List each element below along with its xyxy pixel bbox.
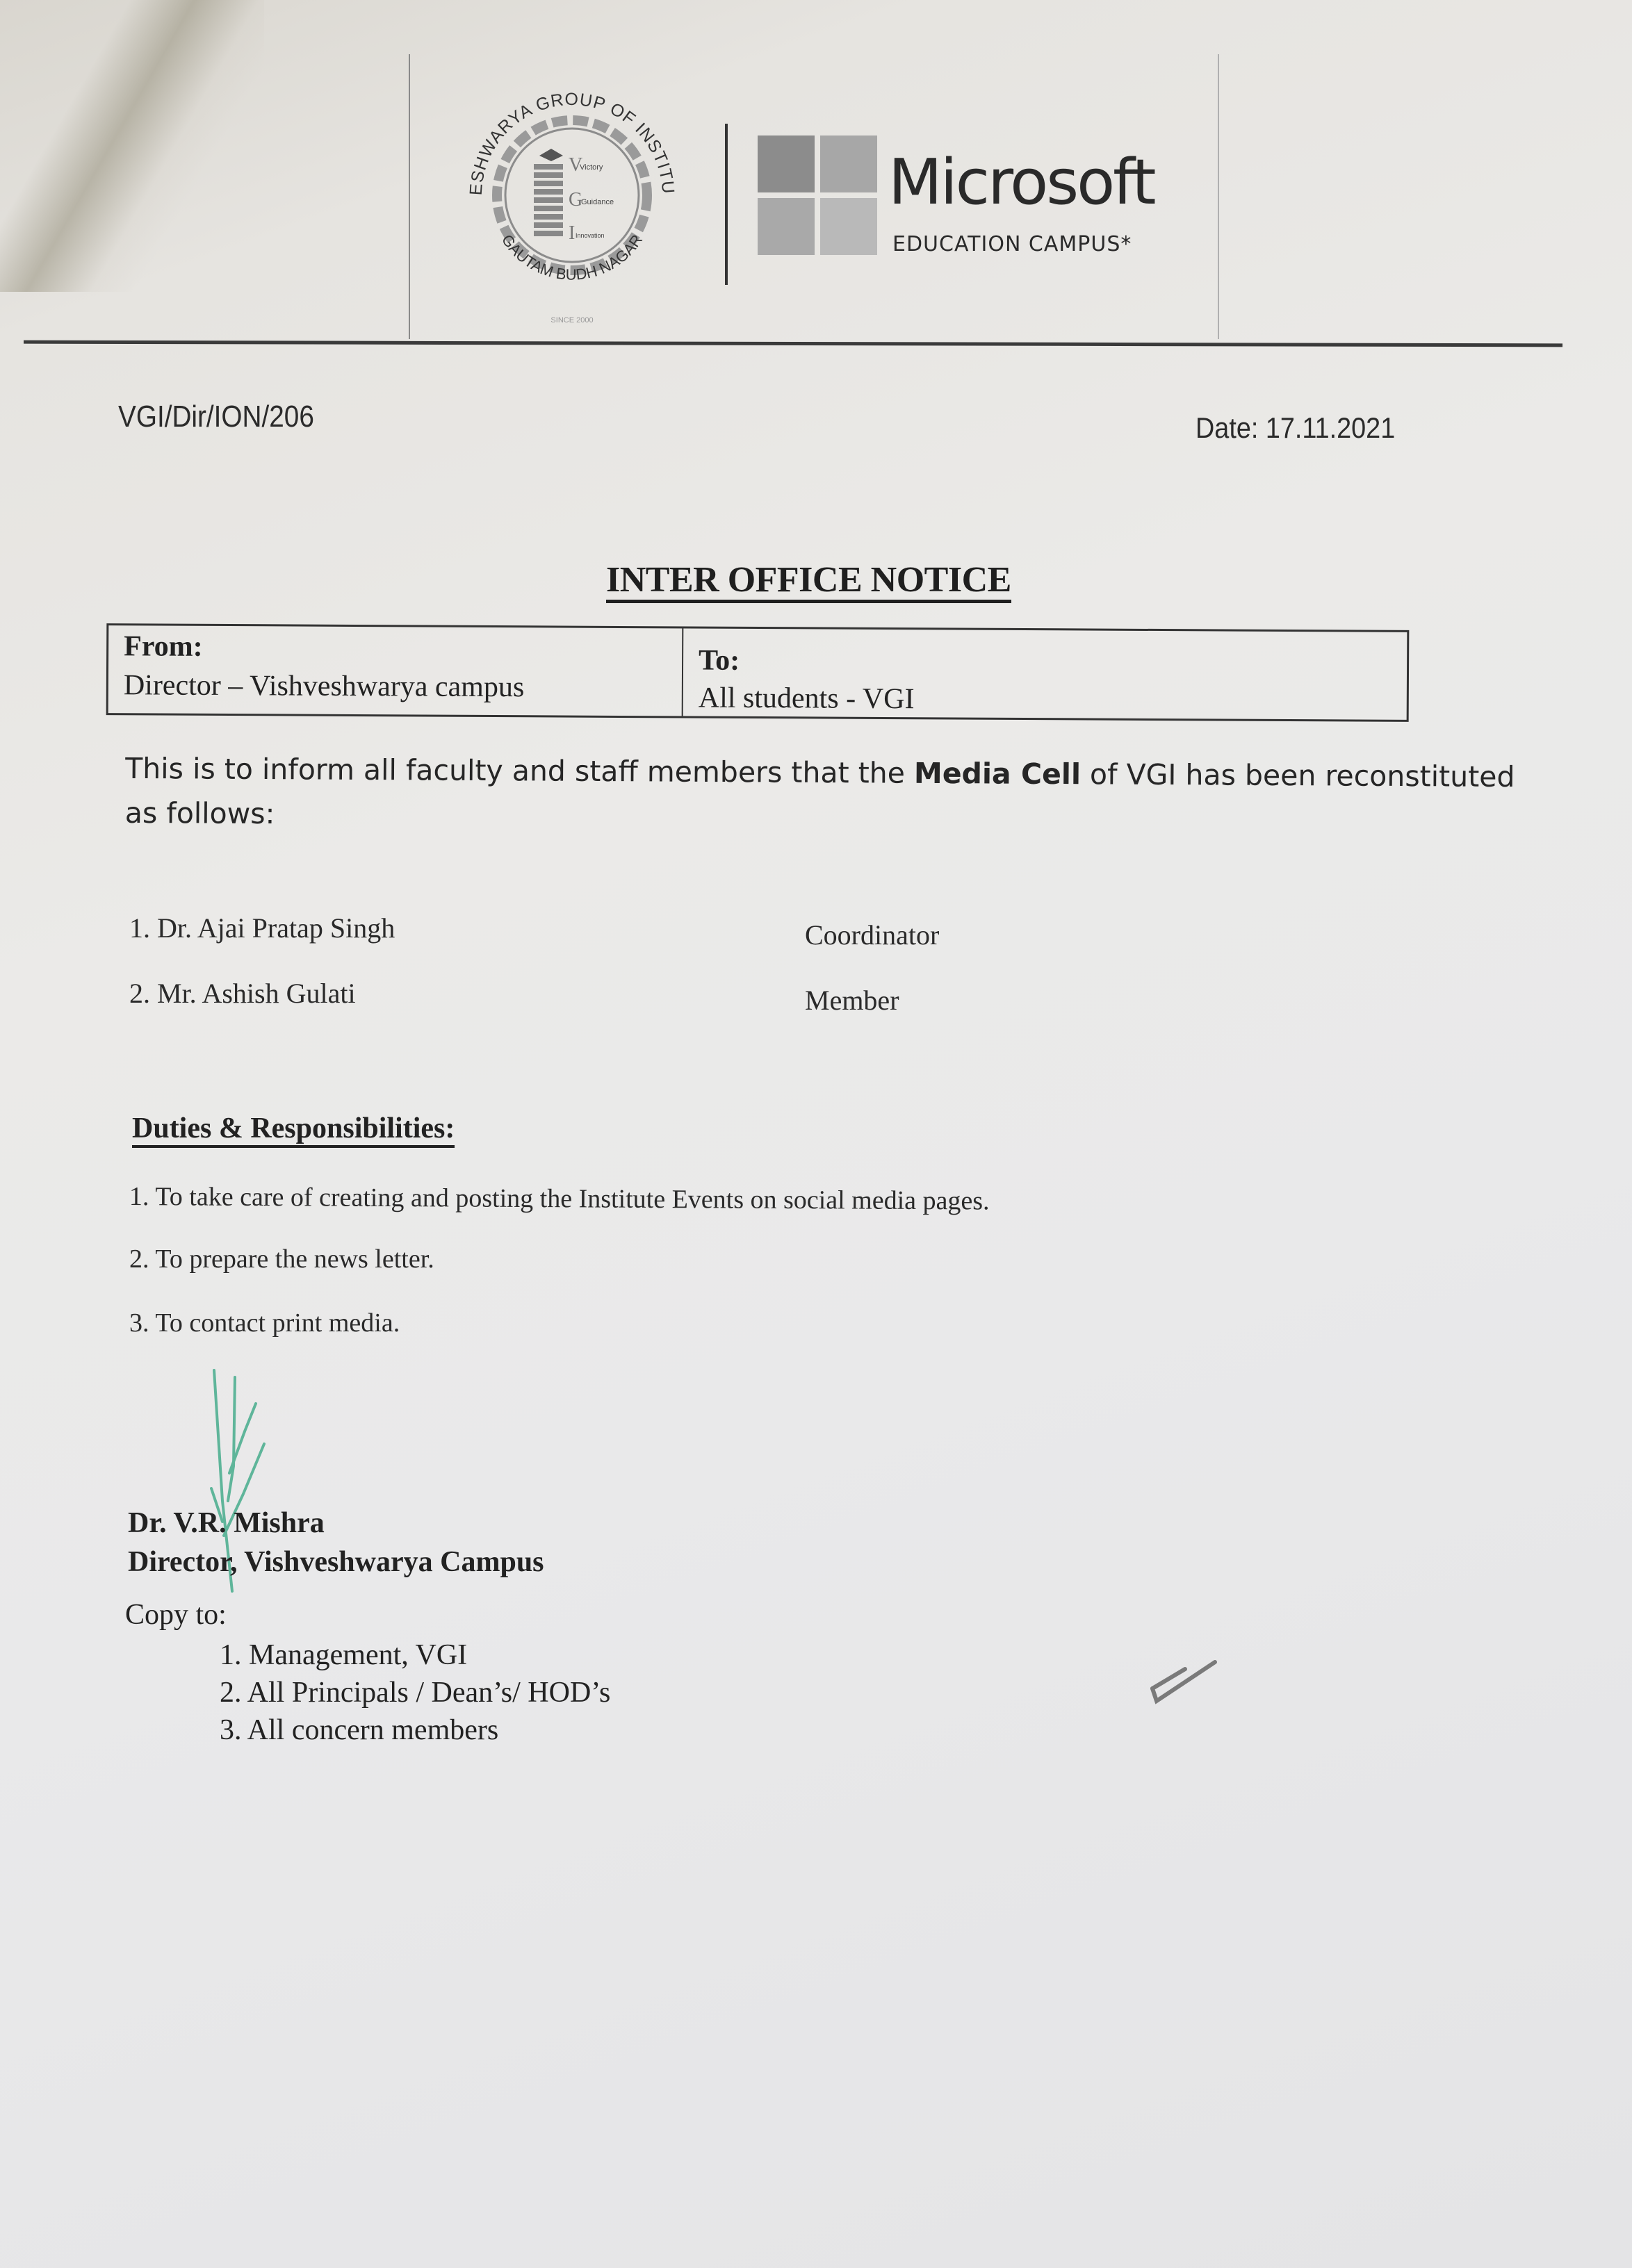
- signatory-name: Dr. V.R. Mishra: [128, 1506, 325, 1540]
- duty-item: 2. To prepare the news letter.: [129, 1244, 434, 1274]
- paper-shadow: [0, 0, 264, 292]
- copy-to-item: 1. Management, VGI: [220, 1638, 467, 1672]
- pencil-mark-icon: [1147, 1654, 1230, 1709]
- duties-heading: Duties & Responsibilities:: [132, 1112, 455, 1148]
- microsoft-logo-icon: [758, 135, 877, 255]
- svg-text:Guidance: Guidance: [581, 198, 614, 206]
- to-value: All students - VGI: [699, 682, 915, 716]
- reference-number: VGI/Dir/ION/206: [118, 400, 314, 434]
- partner-brand-name: Microsoft: [888, 151, 1154, 214]
- ms-square-3: [758, 198, 815, 255]
- logo-divider: [725, 124, 728, 285]
- intro-highlight: Media Cell: [914, 757, 1081, 791]
- signatory-title: Director, Vishveshwarya Campus: [128, 1545, 544, 1579]
- duty-item: 1. To take care of creating and posting …: [129, 1181, 990, 1216]
- svg-text:Innovation: Innovation: [576, 232, 605, 239]
- partner-brand-subtitle: EDUCATION CAMPUS*: [892, 232, 1132, 256]
- ms-square-1: [758, 135, 815, 192]
- to-label: To:: [699, 644, 740, 677]
- institution-logo-icon: VISHVESHWARYA GROUP OF INSTITUTIONS GAUT…: [450, 67, 694, 331]
- copy-to-item: 2. All Principals / Dean’s/ HOD’s: [220, 1676, 610, 1709]
- intro-paragraph: This is to inform all faculty and staff …: [125, 746, 1530, 844]
- notice-date: Date: 17.11.2021: [1196, 411, 1395, 445]
- page-title: INTER OFFICE NOTICE: [606, 560, 1011, 603]
- from-label: From:: [124, 630, 203, 664]
- header-rule: [24, 340, 1562, 347]
- from-value: Director – Vishveshwarya campus: [124, 668, 525, 704]
- duty-item: 3. To contact print media.: [129, 1308, 400, 1338]
- ms-square-4: [820, 198, 877, 255]
- from-to-table: From: Director – Vishveshwarya campus To…: [106, 623, 1410, 722]
- svg-text:SINCE 2000: SINCE 2000: [550, 316, 593, 324]
- intro-text-before: This is to inform all faculty and staff …: [125, 752, 914, 790]
- ms-square-2: [820, 135, 877, 192]
- copy-to-item: 3. All concern members: [220, 1714, 498, 1747]
- to-cell: To: All students - VGI: [683, 628, 1407, 719]
- copy-to-label: Copy to:: [125, 1598, 227, 1632]
- svg-text:I: I: [569, 222, 575, 244]
- from-cell: From: Director – Vishveshwarya campus: [108, 625, 684, 716]
- member-role: Member: [805, 984, 899, 1017]
- member-role: Coordinator: [805, 919, 939, 951]
- svg-text:Victory: Victory: [580, 163, 603, 172]
- member-name: 2. Mr. Ashish Gulati: [129, 977, 356, 1010]
- member-name: 1. Dr. Ajai Pratap Singh: [129, 912, 395, 944]
